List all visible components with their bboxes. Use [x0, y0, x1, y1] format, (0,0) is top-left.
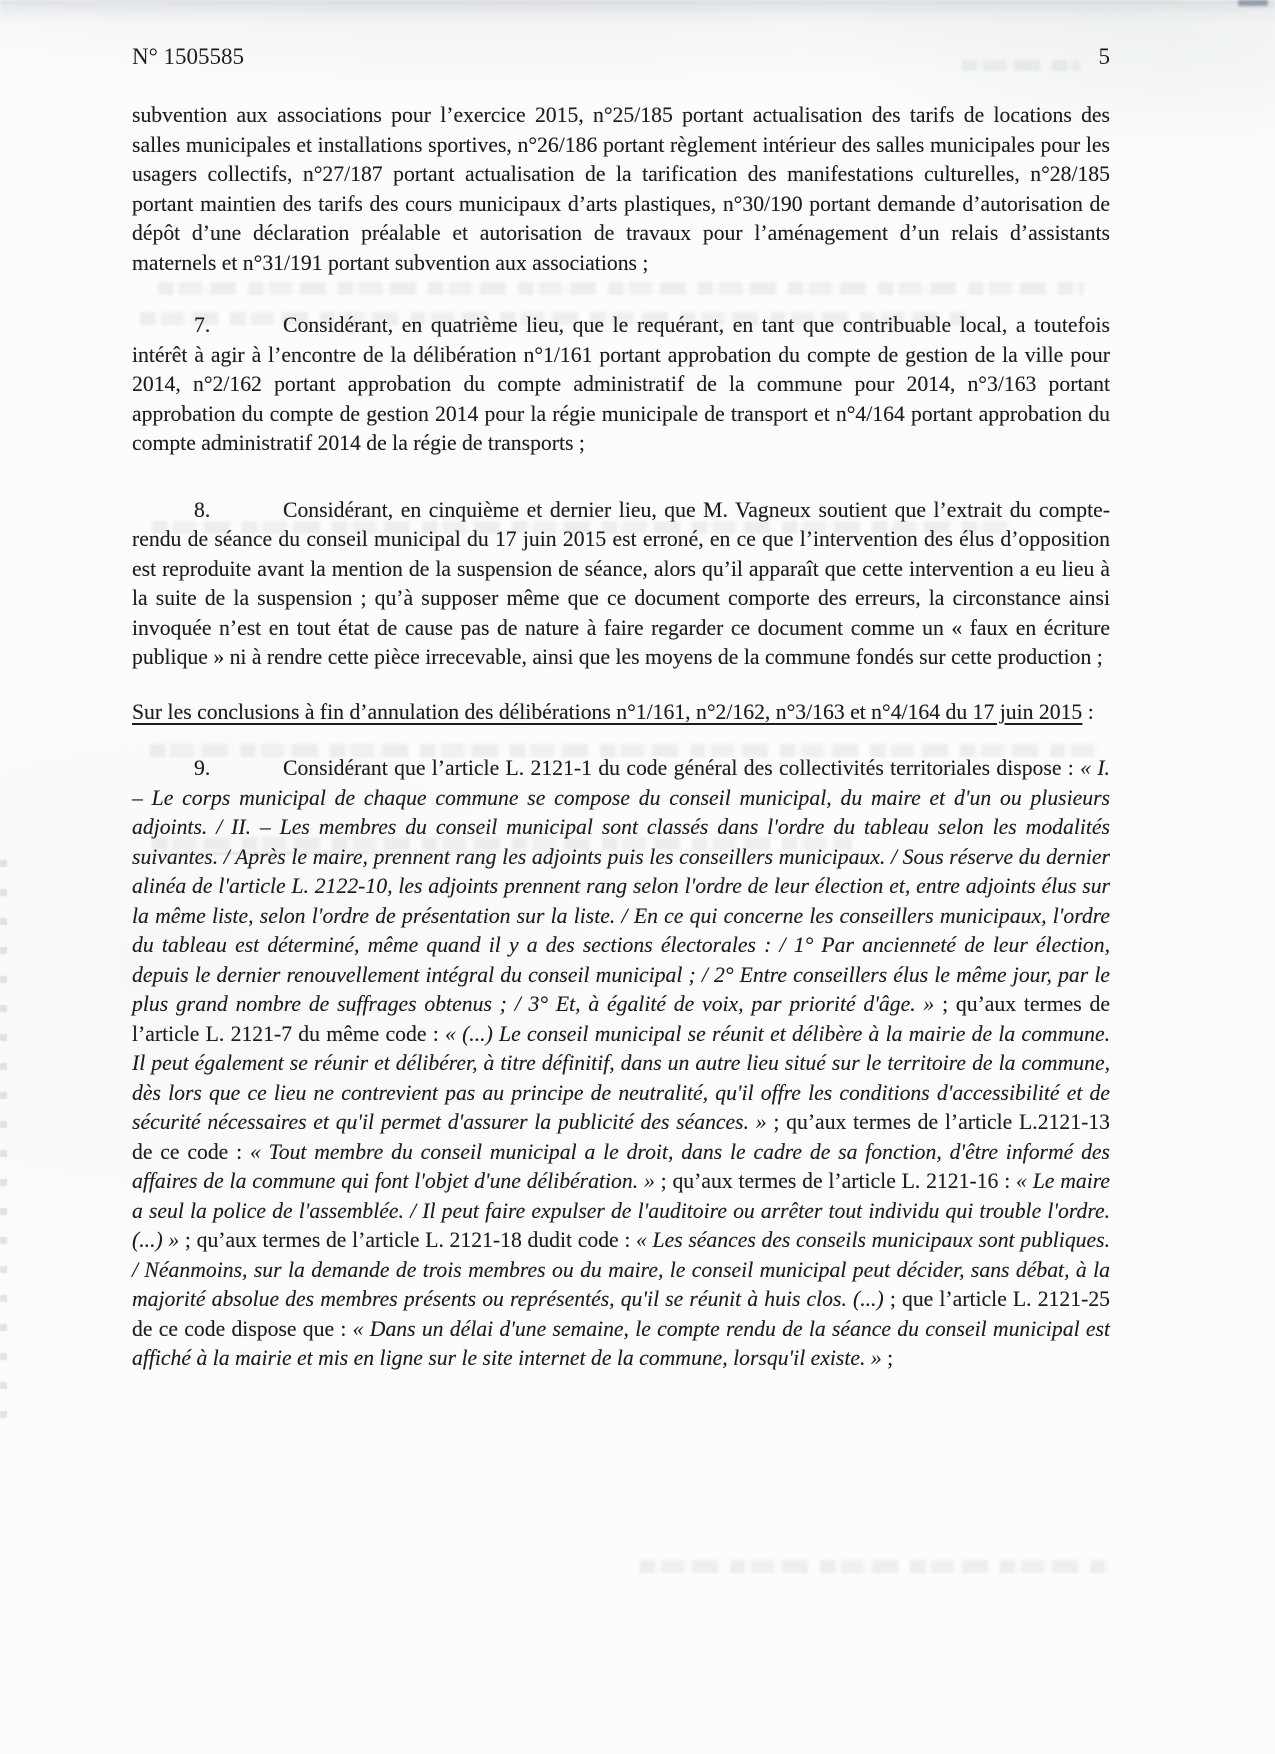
- paragraph-9-number: 9.: [194, 754, 283, 784]
- scanned-document-page: N° 1505585 5 subvention aux associations…: [0, 0, 1275, 1754]
- scan-edge-speckles: [0, 860, 7, 1420]
- page-number: 5: [1099, 44, 1111, 70]
- section-heading: Sur les conclusions à fin d’annulation d…: [132, 698, 1110, 728]
- case-number: N° 1505585: [132, 44, 244, 70]
- scan-artifact-mark: [1238, 0, 1268, 6]
- paragraph-7: 7.Considérant, en quatrième lieu, que le…: [132, 311, 1110, 459]
- scan-edge-shadow: [0, 0, 1275, 24]
- paragraph-9-text: Considérant que l’article L. 2121-1 du c…: [132, 756, 1110, 1370]
- document-body: subvention aux associations pour l’exerc…: [132, 101, 1110, 1374]
- paragraph-9: 9.Considérant que l’article L. 2121-1 du…: [132, 754, 1110, 1374]
- paragraph-7-number: 7.: [194, 311, 283, 341]
- page-header: N° 1505585 5: [132, 44, 1110, 70]
- bleed-through-text: [640, 1560, 1110, 1573]
- paragraph-8-number: 8.: [194, 496, 283, 526]
- paragraph-continuation: subvention aux associations pour l’exerc…: [132, 101, 1110, 278]
- paragraph-8: 8.Considérant, en cinquième et dernier l…: [132, 496, 1110, 673]
